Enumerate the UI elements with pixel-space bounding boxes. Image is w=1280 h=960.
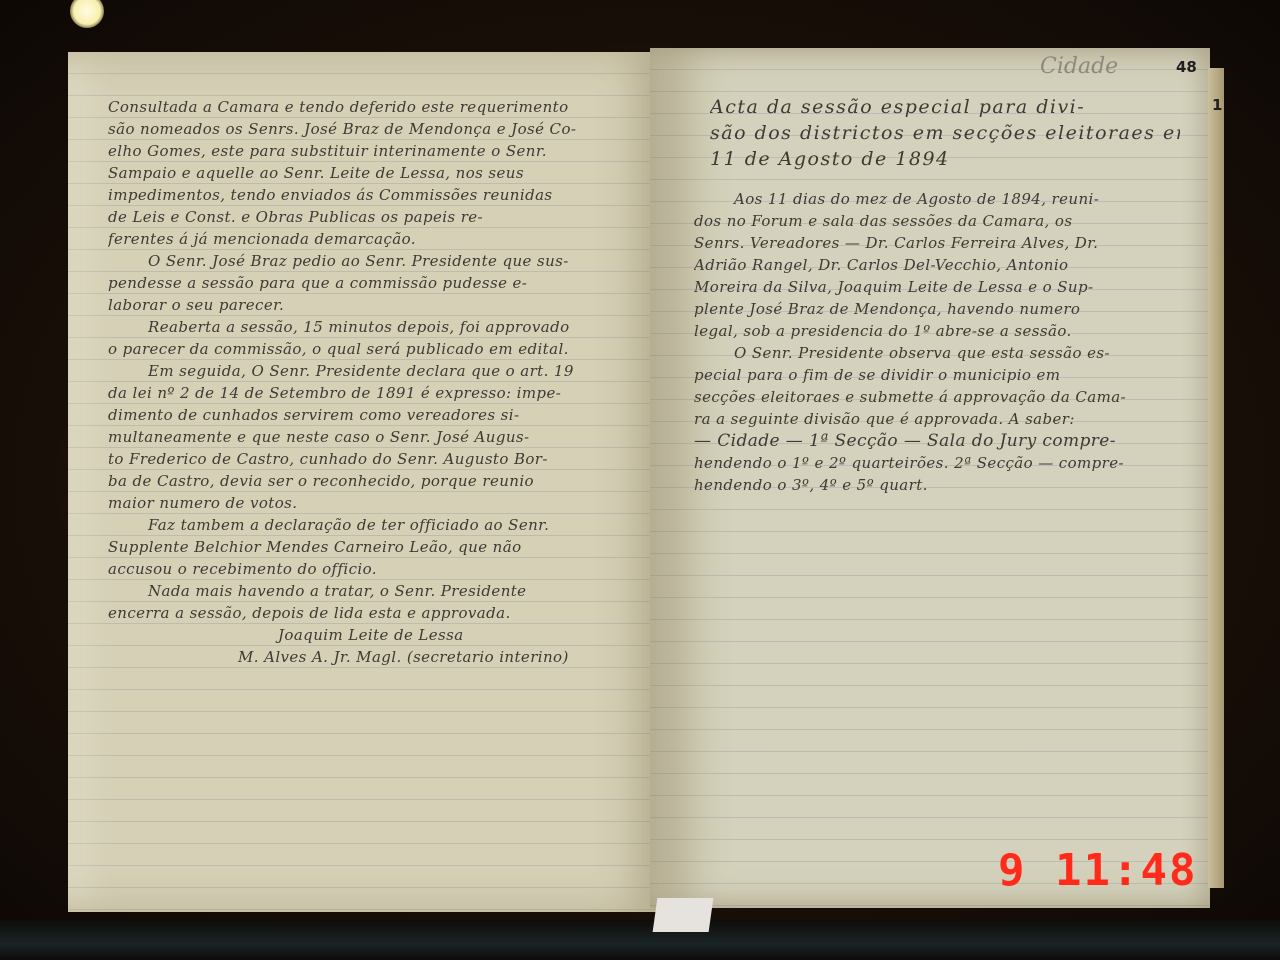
signature-line: M. Alves A. Jr. Magl. (secretario interi…	[108, 646, 638, 668]
title-line: são dos districtos em secções eleitoraes…	[710, 120, 1180, 146]
handwritten-line: pecial para o fim de se dividir o munici…	[694, 364, 1180, 386]
handwritten-line: hendendo o 1º e 2º quarteirões. 2ª Secçã…	[694, 452, 1180, 474]
handwritten-line: Faz tambem a declaração de ter officiado…	[108, 514, 638, 536]
right-page: Cidade 48 1 Acta da sessão especial para…	[650, 48, 1210, 908]
handwritten-line: ra a seguinte divisão que é approvada. A…	[694, 408, 1180, 430]
handwritten-line: multaneamente e que neste caso o Senr. J…	[108, 426, 638, 448]
handwritten-line: Adrião Rangel, Dr. Carlos Del-Vecchio, A…	[694, 254, 1180, 276]
handwritten-line: impedimentos, tendo enviados ás Commissõ…	[108, 184, 638, 206]
camera-flash-reflection	[70, 0, 104, 28]
handwritten-line: Nada mais havendo a tratar, o Senr. Pres…	[108, 580, 638, 602]
handwritten-line: ba de Castro, devia ser o reconhecido, p…	[108, 470, 638, 492]
handwritten-line: maior numero de votos.	[108, 492, 638, 514]
handwritten-line: dos no Forum e sala das sessões da Camar…	[694, 210, 1180, 232]
handwritten-line: Consultada a Camara e tendo deferido est…	[108, 96, 638, 118]
right-page-text: Aos 11 dias do mez de Agosto de 1894, re…	[694, 188, 1180, 496]
display-case-glass	[0, 920, 1280, 960]
handwritten-line: — Cidade — 1ª Secção — Sala do Jury comp…	[694, 430, 1180, 452]
pencil-annotation: Cidade	[1040, 54, 1118, 79]
handwritten-line: encerra a sessão, depois de lida esta e …	[108, 602, 638, 624]
handwritten-line: laborar o seu parecer.	[108, 294, 638, 316]
handwritten-line: dimento de cunhados servirem como veread…	[108, 404, 638, 426]
handwritten-line: accusou o recebimento do officio.	[108, 558, 638, 580]
handwritten-line: elho Gomes, este para substituir interin…	[108, 140, 638, 162]
handwritten-line: Moreira da Silva, Joaquim Leite de Lessa…	[694, 276, 1180, 298]
handwritten-line: Supplente Belchior Mendes Carneiro Leão,…	[108, 536, 638, 558]
left-page-text: Consultada a Camara e tendo deferido est…	[108, 96, 638, 668]
handwritten-line: o parecer da commissão, o qual será publ…	[108, 338, 638, 360]
handwritten-line: hendendo o 3º, 4º e 5º quart.	[694, 474, 1180, 496]
paper-bookmark-tab	[653, 898, 714, 932]
open-ledger-book: Consultada a Camara e tendo deferido est…	[60, 40, 1220, 910]
handwritten-line: ferentes á já mencionada demarcação.	[108, 228, 638, 250]
left-page: Consultada a Camara e tendo deferido est…	[68, 52, 668, 912]
title-line: 11 de Agosto de 1894	[710, 146, 1180, 172]
handwritten-line: O Senr. José Braz pedio ao Senr. Preside…	[108, 250, 638, 272]
handwritten-line: legal, sob a presidencia do 1º abre-se a…	[694, 320, 1180, 342]
handwritten-line: de Leis e Const. e Obras Publicas os pap…	[108, 206, 638, 228]
page-edges	[1208, 68, 1224, 888]
handwritten-line: Sampaio e aquelle ao Senr. Leite de Less…	[108, 162, 638, 184]
handwritten-line: são nomeados os Senrs. José Braz de Mend…	[108, 118, 638, 140]
entry-title: Acta da sessão especial para divi- são d…	[710, 94, 1180, 172]
handwritten-line: O Senr. Presidente observa que esta sess…	[694, 342, 1180, 364]
signature-line: Joaquim Leite de Lessa	[108, 624, 638, 646]
handwritten-line: pendesse a sessão para que a commissão p…	[108, 272, 638, 294]
handwritten-line: Em seguida, O Senr. Presidente declara q…	[108, 360, 638, 382]
handwritten-line: plente José Braz de Mendonça, havendo nu…	[694, 298, 1180, 320]
title-line: Acta da sessão especial para divi-	[710, 94, 1180, 120]
handwritten-line: Senrs. Vereadores — Dr. Carlos Ferreira …	[694, 232, 1180, 254]
edge-mark: 1	[1212, 96, 1222, 114]
handwritten-line: Aos 11 dias do mez de Agosto de 1894, re…	[694, 188, 1180, 210]
handwritten-line: to Frederico de Castro, cunhado do Senr.…	[108, 448, 638, 470]
page-number: 48	[1176, 58, 1197, 76]
camera-timestamp: 9 11:48	[998, 845, 1197, 896]
handwritten-line: Reaberta a sessão, 15 minutos depois, fo…	[108, 316, 638, 338]
handwritten-line: secções eleitoraes e submette á approvaç…	[694, 386, 1180, 408]
handwritten-line: da lei nº 2 de 14 de Setembro de 1891 é …	[108, 382, 638, 404]
